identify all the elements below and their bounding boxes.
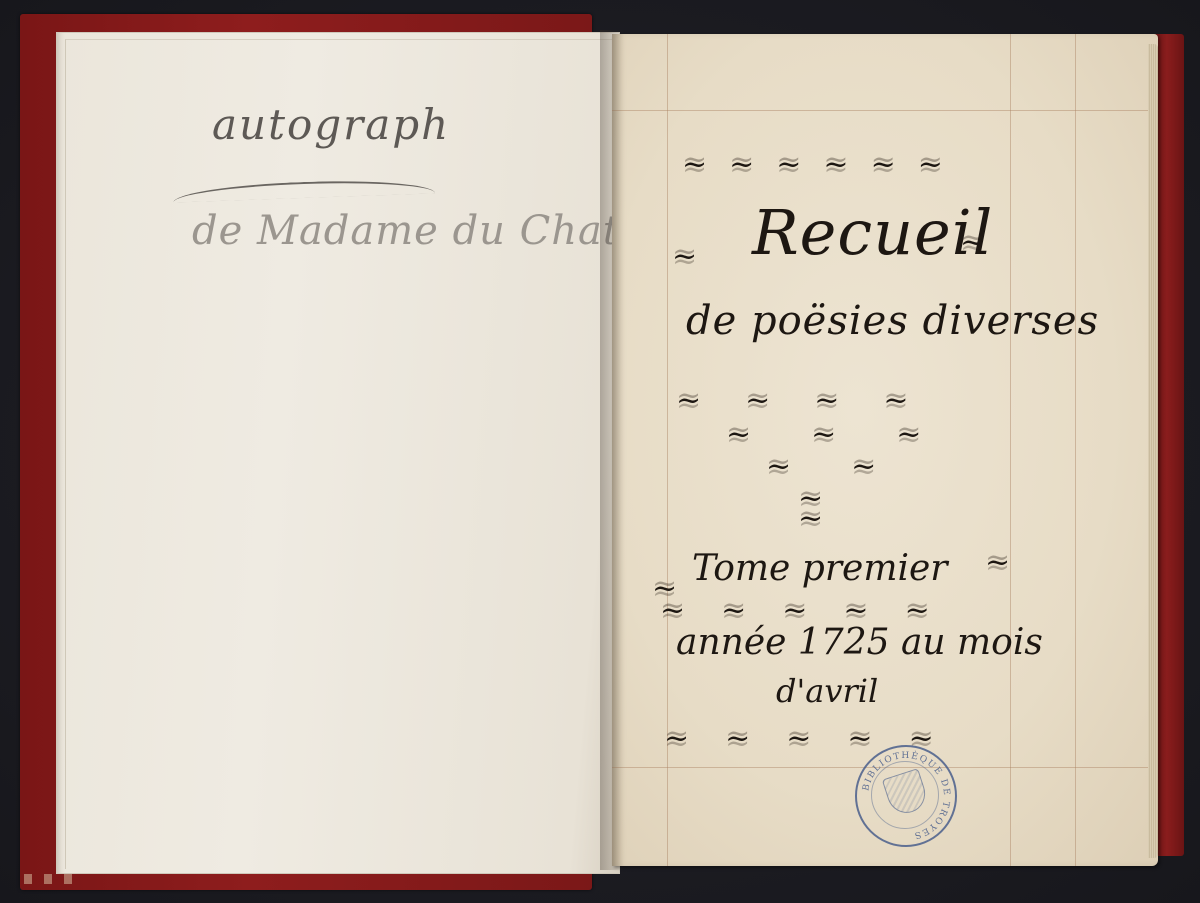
flourish-icon: ~ [871, 147, 918, 182]
flourish-tome-right: ~ [985, 548, 1016, 578]
page-block-edge [1148, 44, 1158, 858]
ruled-line-top [612, 110, 1148, 111]
flourish-icon: ~ [682, 147, 729, 182]
gutter-shadow [600, 30, 624, 870]
flourish-pyramid-row3: ~~ [766, 452, 936, 482]
flourish-icon: ~ [811, 417, 896, 452]
flourish-icon: ~ [851, 449, 936, 484]
title-recueil: Recueil [752, 196, 993, 269]
date-annee-1725: année 1725 au mois [676, 622, 1043, 663]
ruled-margin-right [1010, 34, 1011, 866]
flourish-icon: ~ [745, 383, 814, 418]
flourish-icon: ~ [664, 721, 725, 756]
flourish-icon: ~ [823, 147, 870, 182]
flourish-icon: ~ [776, 147, 823, 182]
subtitle-poesies: de poësies diverses [686, 298, 1099, 344]
flourish-icon: ~ [726, 417, 811, 452]
flourish-icon: ~ [672, 239, 703, 274]
flourish-pyramid-row2: ~~~ [726, 420, 981, 450]
flourish-icon: ~ [896, 417, 981, 452]
left-flyleaf [56, 32, 620, 874]
flourish-pyramid-row5: ~ [798, 504, 829, 534]
flourish-icon: ~ [918, 147, 965, 182]
flourish-icon: ~ [814, 383, 883, 418]
flourish-icon: ~ [985, 545, 1016, 580]
flourish-icon: ~ [766, 449, 851, 484]
book-photo: autograph de Madame du Chatelet ~~~~~~ ~… [0, 0, 1200, 903]
flourish-icon: ~ [786, 721, 847, 756]
pencil-note-autograph: autograph [212, 100, 450, 149]
flourish-title-left: ~ [672, 242, 703, 272]
flourish-icon: ~ [676, 383, 745, 418]
flyleaf-edge [65, 39, 613, 869]
flourish-icon: ~ [960, 225, 991, 260]
library-stamp: BIBLIOTHÈQUE DE TROYES [855, 745, 957, 847]
flourish-title-right: ~ [960, 228, 991, 258]
date-month-avril: d'avril [776, 672, 878, 710]
flourish-icon: ~ [725, 721, 786, 756]
ruled-margin-outer [1075, 34, 1076, 866]
flourish-pyramid-row1: ~~~~ [676, 386, 953, 416]
flourish-icon: ~ [798, 501, 829, 536]
flourish-icon: ~ [883, 383, 952, 418]
flourish-row-top: ~~~~~~ [682, 150, 965, 180]
volume-tome-premier: Tome premier [692, 548, 948, 589]
flourish-icon: ~ [729, 147, 776, 182]
